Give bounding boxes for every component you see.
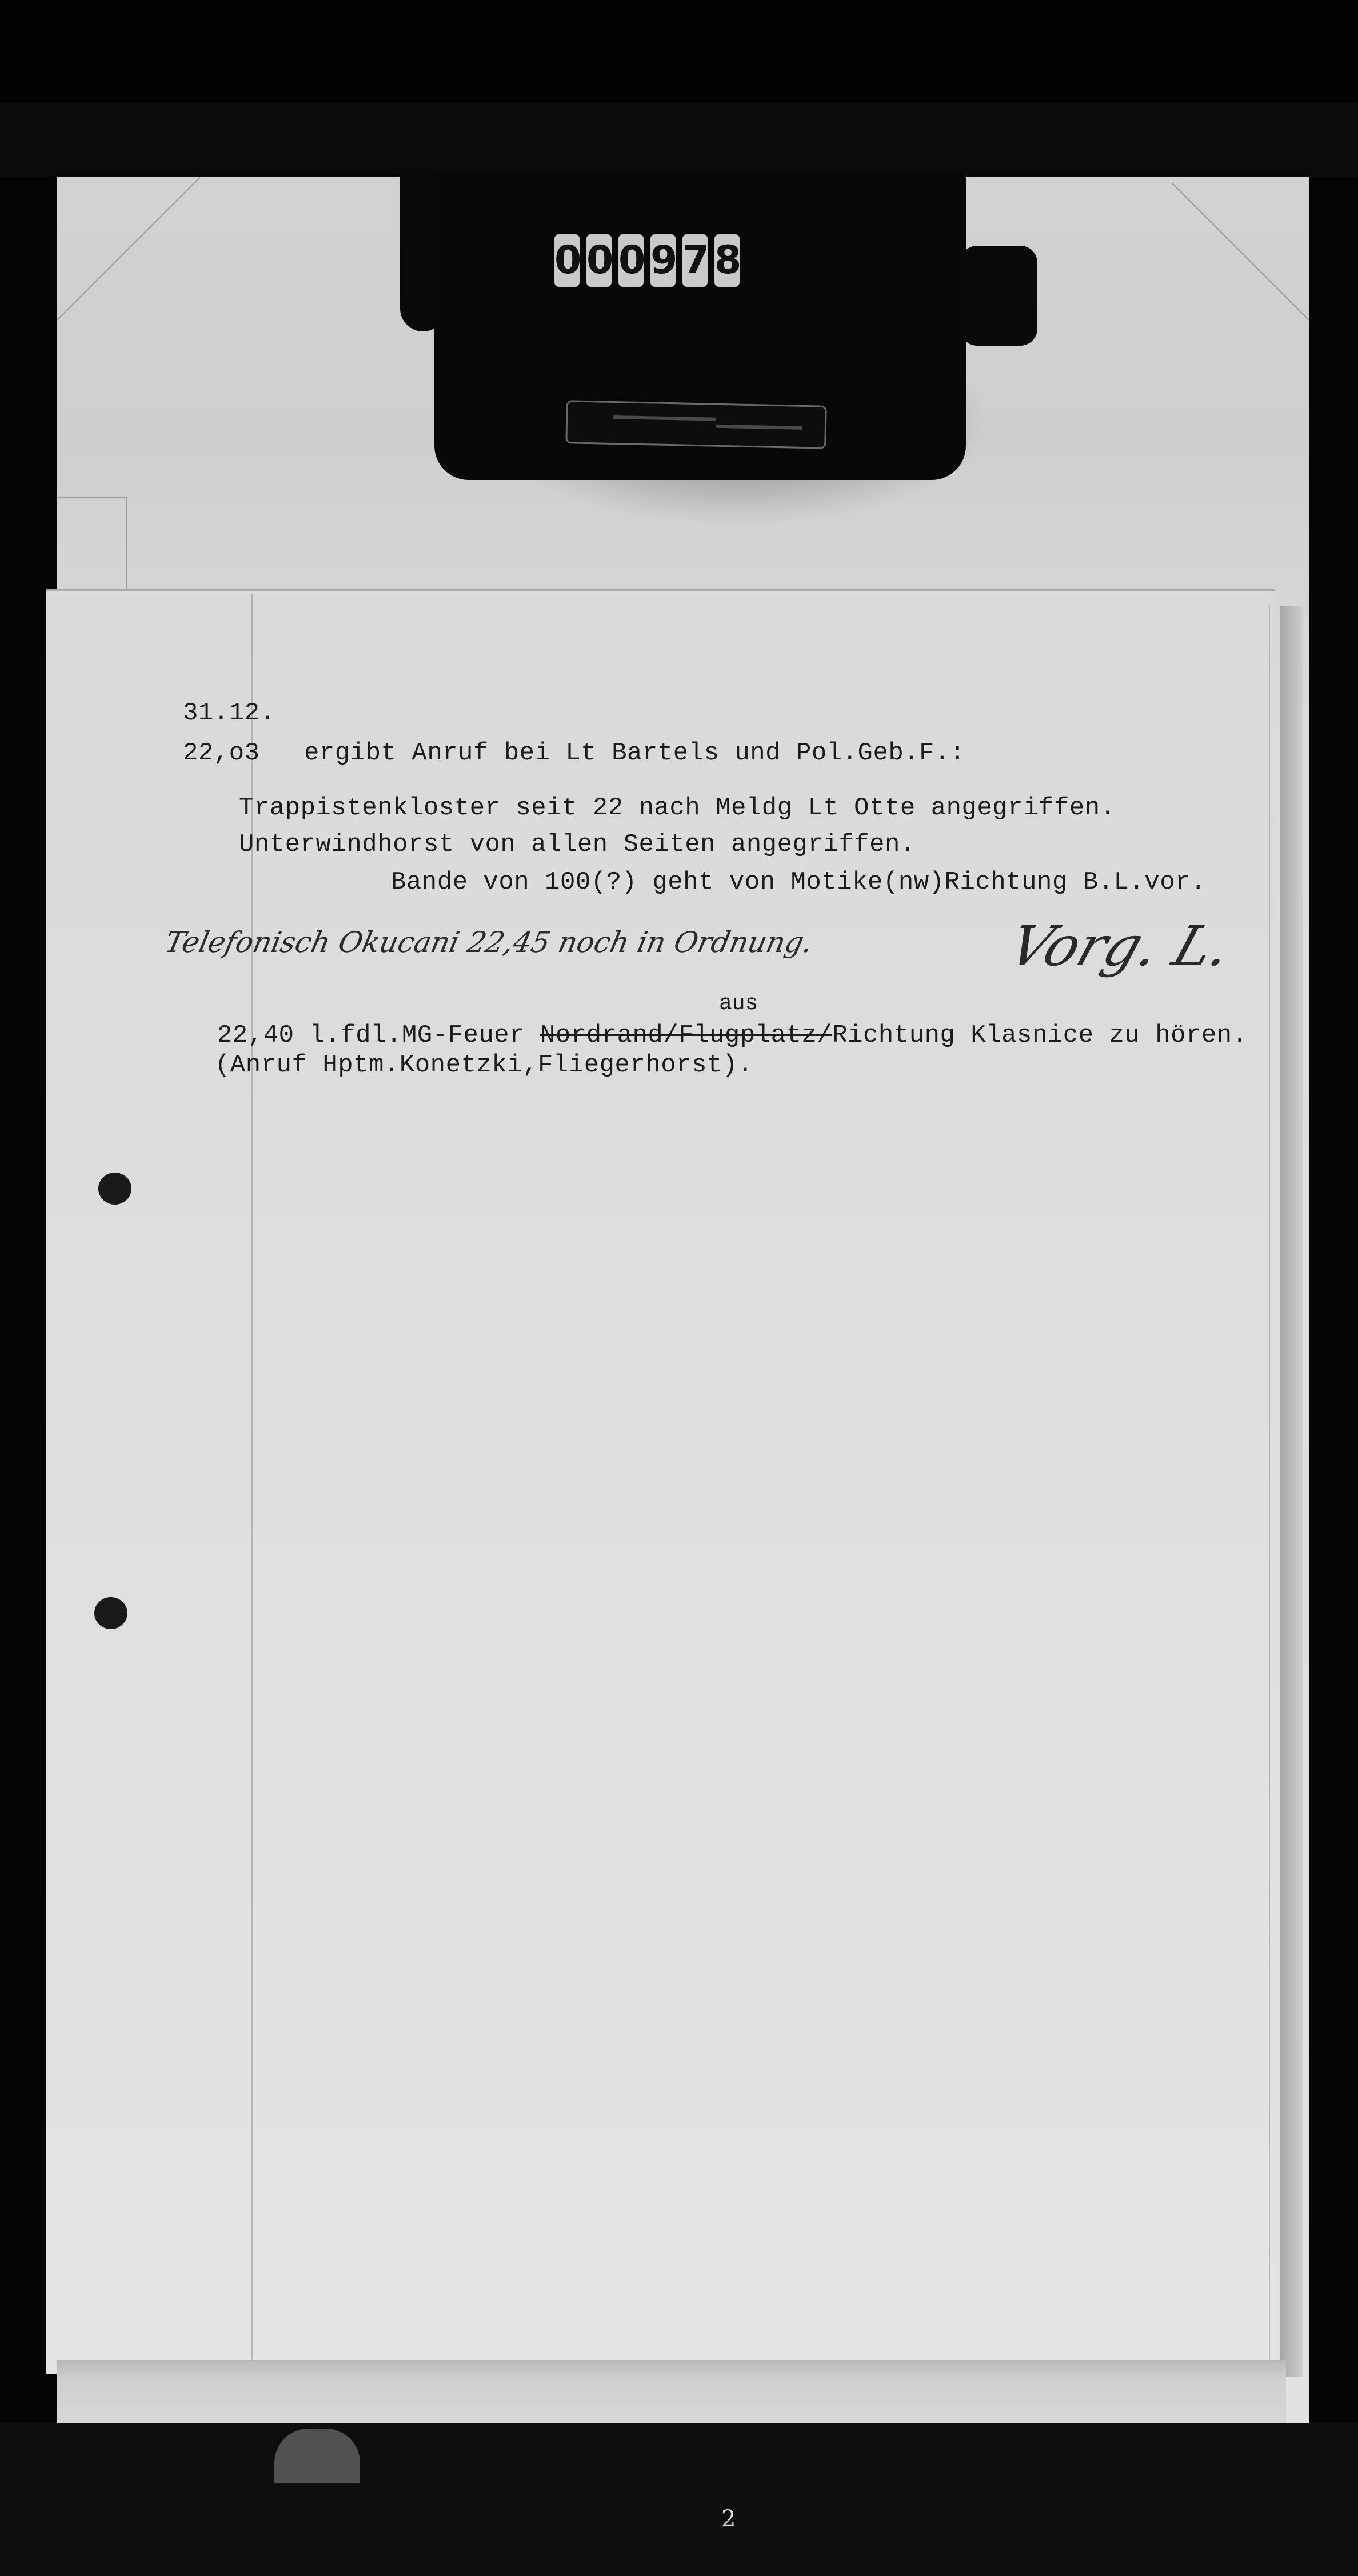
- counter-digit: 0: [618, 234, 644, 287]
- counter-digit: 8: [714, 234, 740, 287]
- entry-line: Bande von 100(?) geht von Motike(nw)Rich…: [391, 870, 1206, 895]
- plate-text-line: [716, 425, 756, 429]
- film-border-top: [0, 0, 1358, 103]
- entry-line: Trappistenkloster seit 22 nach Meldg Lt …: [239, 795, 1116, 821]
- film-border-band: [0, 103, 1358, 177]
- sheet-edge-shadow: [1280, 606, 1303, 2377]
- corner-fold-right: [1172, 177, 1309, 326]
- counter-digit: 7: [682, 234, 708, 287]
- entry-source: (Anruf Hptm.Konetzki,Fliegerhorst).: [215, 1053, 753, 1078]
- typed-report-sheet: [46, 591, 1275, 2374]
- counter-label-plate: [565, 400, 826, 449]
- inserted-word: aus: [719, 991, 758, 1016]
- entry-line: Unterwindhorst von allen Seiten angegrif…: [239, 832, 916, 857]
- report-date: 31.12.: [183, 701, 275, 726]
- punch-hole: [98, 1173, 131, 1205]
- counter-knob: [960, 246, 1037, 346]
- counter-digit: 0: [586, 234, 612, 287]
- background-object: [274, 2429, 360, 2483]
- handwritten-signature: Vorg. L.: [1001, 914, 1240, 978]
- corner-fold-left: [57, 177, 200, 320]
- entry-time: 22,o3: [183, 741, 260, 766]
- entry-text: Richtung Klasnice zu hören.: [832, 1021, 1247, 1050]
- counter-digit: 0: [554, 234, 580, 287]
- frame-counter-digits: 0 0 0 9 7 8: [554, 234, 740, 291]
- sheet-crease: [1269, 606, 1270, 2371]
- entry-header: ergibt Anruf bei Lt Bartels und Pol.Geb.…: [304, 741, 965, 766]
- handwritten-note: Telefonisch Okucani 22,45 noch in Ordnun…: [162, 926, 816, 959]
- punch-hole: [94, 1597, 127, 1629]
- struck-text: Nordrand/Flugplatz/: [540, 1021, 832, 1050]
- entry-text: l.fdl.MG-Feuer: [309, 1021, 540, 1050]
- sheet-crease: [251, 594, 253, 2360]
- sheet-bottom-fold: [57, 2360, 1286, 2423]
- entry-time: 22,40: [217, 1021, 294, 1050]
- entry-line: 22,40 l.fdl.MG-Feuer Nordrand/Flugplatz/…: [217, 1023, 1248, 1048]
- film-border-bottom: [0, 2423, 1358, 2576]
- plate-text-line: [613, 415, 716, 421]
- counter-digit: 9: [650, 234, 676, 287]
- page-mark: 2: [721, 2506, 736, 2532]
- plate-text-line: [756, 425, 802, 430]
